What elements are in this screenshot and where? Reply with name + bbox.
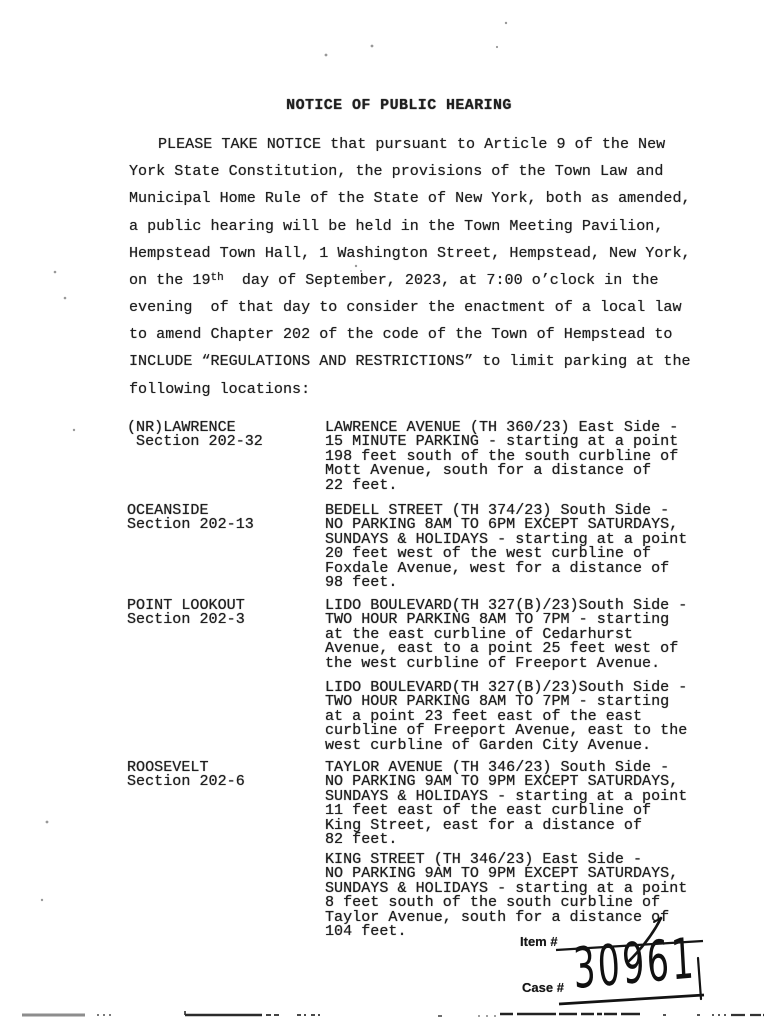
document-page: NOTICE OF PUBLIC HEARING PLEASE TAKE NOT… <box>0 0 770 1024</box>
notice-paragraph-part2: evening of that day to consider the enac… <box>129 294 691 403</box>
scan-noise-bottom-edge <box>22 1011 764 1016</box>
regulation-lawrence-avenue: LAWRENCE AVENUE (TH 360/23) East Side - … <box>325 420 678 492</box>
regulation-bedell-street: BEDELL STREET (TH 374/23) South Side - N… <box>325 503 687 589</box>
date-ordinal-suffix: th <box>211 272 224 284</box>
date-line-prefix: on the 19 <box>129 271 211 289</box>
notice-paragraph-part1: PLEASE TAKE NOTICE that pursuant to Arti… <box>129 131 691 267</box>
case-number-label: Case # <box>522 980 564 995</box>
regulation-taylor-avenue: TAYLOR AVENUE (TH 346/23) South Side - N… <box>325 760 687 846</box>
case-number-handwritten-value: 30961 <box>572 933 697 996</box>
regulation-king-street: KING STREET (TH 346/23) East Side - NO P… <box>325 852 687 938</box>
location-name-roosevelt: ROOSEVELT Section 202-6 <box>127 760 245 789</box>
notice-paragraph-date-line: on the 19th day of September, 2023, at 7… <box>129 267 659 296</box>
document-title: NOTICE OF PUBLIC HEARING <box>0 97 770 114</box>
location-name-lawrence: (NR)LAWRENCE Section 202-32 <box>127 420 263 449</box>
date-line-suffix: day of September, 2023, at 7:00 o’clock … <box>224 271 659 289</box>
regulation-lido-boulevard-1: LIDO BOULEVARD(TH 327(B)/23)South Side -… <box>325 598 687 670</box>
location-name-point-lookout: POINT LOOKOUT Section 202-3 <box>127 598 245 627</box>
item-number-label: Item # <box>520 934 558 949</box>
regulation-lido-boulevard-2: LIDO BOULEVARD(TH 327(B)/23)South Side -… <box>325 680 687 752</box>
location-name-oceanside: OCEANSIDE Section 202-13 <box>127 503 254 532</box>
